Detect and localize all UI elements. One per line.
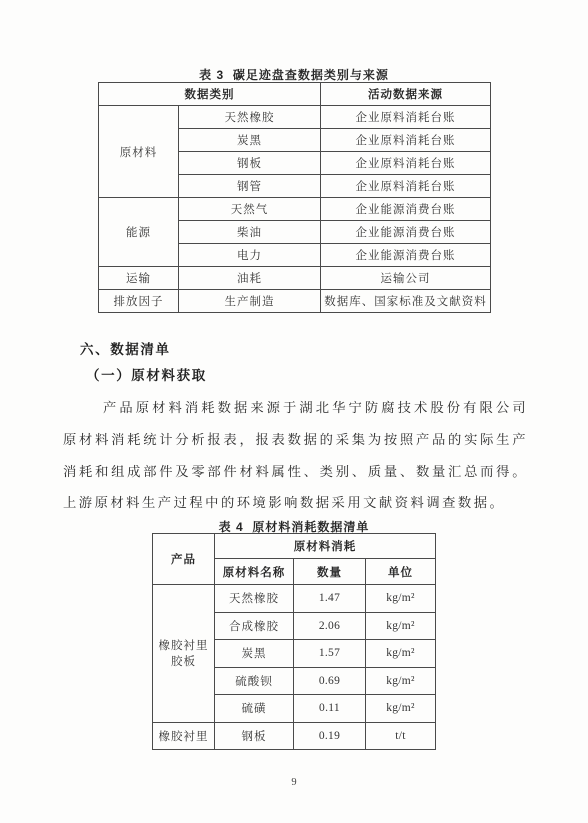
- t3-source-cell: 企业原料消耗台账: [321, 152, 491, 175]
- table-row: 橡胶衬里 钢板 0.19 t/t: [153, 722, 436, 750]
- t3-group-emission-factor: 排放因子: [99, 290, 179, 313]
- t3-item-cell: 生产制造: [179, 290, 321, 313]
- table-row: 橡胶衬里胶板 天然橡胶 1.47 kg/m²: [153, 585, 436, 613]
- t3-source-cell: 企业原料消耗台账: [321, 129, 491, 152]
- t3-source-cell: 企业能源消费台账: [321, 221, 491, 244]
- t3-source-cell: 数据库、国家标准及文献资料: [321, 290, 491, 313]
- t3-item-cell: 柴油: [179, 221, 321, 244]
- table4-material-consumption: 产品 原材料消耗 原材料名称 数量 单位 橡胶衬里胶板 天然橡胶 1.47 kg…: [152, 533, 436, 750]
- t4-header-material-name: 原材料名称: [215, 559, 294, 585]
- table3-caption: 表 3 碳足迹盘查数据类别与来源: [0, 66, 588, 83]
- t3-group-transport: 运输: [99, 267, 179, 290]
- body-paragraph: 产品原材料消耗数据来源于湖北华宁防腐技术股份有限公司原材料消耗统计分析报表，报表…: [63, 392, 528, 519]
- t3-group-energy: 能源: [99, 198, 179, 267]
- t3-source-cell: 运输公司: [321, 267, 491, 290]
- t3-item-cell: 天然气: [179, 198, 321, 221]
- t4-material-cell: 钢板: [215, 722, 294, 750]
- table-header-row: 数据类别 活动数据来源: [99, 83, 491, 106]
- t4-quantity-cell: 1.47: [294, 585, 366, 613]
- t4-material-cell: 天然橡胶: [215, 585, 294, 613]
- t3-item-cell: 电力: [179, 244, 321, 267]
- table-row: 运输 油耗 运输公司: [99, 267, 491, 290]
- t3-source-cell: 企业原料消耗台账: [321, 175, 491, 198]
- t4-header-unit: 单位: [366, 559, 436, 585]
- t4-quantity-cell: 0.69: [294, 667, 366, 695]
- table-row: 排放因子 生产制造 数据库、国家标准及文献资料: [99, 290, 491, 313]
- t3-item-cell: 天然橡胶: [179, 106, 321, 129]
- t3-source-cell: 企业能源消费台账: [321, 198, 491, 221]
- t4-header-consumption: 原材料消耗: [215, 534, 436, 559]
- page-number: 9: [0, 777, 588, 788]
- table-row: 原材料 天然橡胶 企业原料消耗台账: [99, 106, 491, 129]
- t4-unit-cell: kg/m²: [366, 585, 436, 613]
- table-header-row: 产品 原材料消耗: [153, 534, 436, 559]
- t4-header-quantity: 数量: [294, 559, 366, 585]
- t4-product-rubber-lining-sheet: 橡胶衬里胶板: [153, 585, 215, 723]
- t4-quantity-cell: 1.57: [294, 640, 366, 668]
- t4-quantity-cell: 2.06: [294, 612, 366, 640]
- t4-unit-cell: t/t: [366, 722, 436, 750]
- t3-item-cell: 炭黑: [179, 129, 321, 152]
- t3-source-cell: 企业原料消耗台账: [321, 106, 491, 129]
- t4-unit-cell: kg/m²: [366, 612, 436, 640]
- t4-unit-cell: kg/m²: [366, 640, 436, 668]
- t3-item-cell: 钢管: [179, 175, 321, 198]
- table-row: 能源 天然气 企业能源消费台账: [99, 198, 491, 221]
- t3-header-source: 活动数据来源: [321, 83, 491, 106]
- t4-unit-cell: kg/m²: [366, 695, 436, 723]
- t3-group-raw-materials: 原材料: [99, 106, 179, 198]
- t3-item-cell: 油耗: [179, 267, 321, 290]
- t4-material-cell: 炭黑: [215, 640, 294, 668]
- subsection-heading: （一）原材料获取: [86, 364, 207, 384]
- t4-quantity-cell: 0.19: [294, 722, 366, 750]
- t3-item-cell: 钢板: [179, 152, 321, 175]
- document-page: 表 3 碳足迹盘查数据类别与来源 数据类别 活动数据来源 原材料 天然橡胶 企业…: [0, 0, 588, 823]
- t4-material-cell: 合成橡胶: [215, 612, 294, 640]
- t3-header-category: 数据类别: [99, 83, 321, 106]
- t4-header-product: 产品: [153, 534, 215, 585]
- t4-quantity-cell: 0.11: [294, 695, 366, 723]
- table3-data-categories: 数据类别 活动数据来源 原材料 天然橡胶 企业原料消耗台账 炭黑 企业原料消耗台…: [98, 82, 491, 313]
- t4-material-cell: 硫磺: [215, 695, 294, 723]
- t4-material-cell: 硫酸钡: [215, 667, 294, 695]
- t4-product-rubber-lining: 橡胶衬里: [153, 722, 215, 750]
- section-heading: 六、数据清单: [80, 338, 171, 358]
- t3-source-cell: 企业能源消费台账: [321, 244, 491, 267]
- t4-unit-cell: kg/m²: [366, 667, 436, 695]
